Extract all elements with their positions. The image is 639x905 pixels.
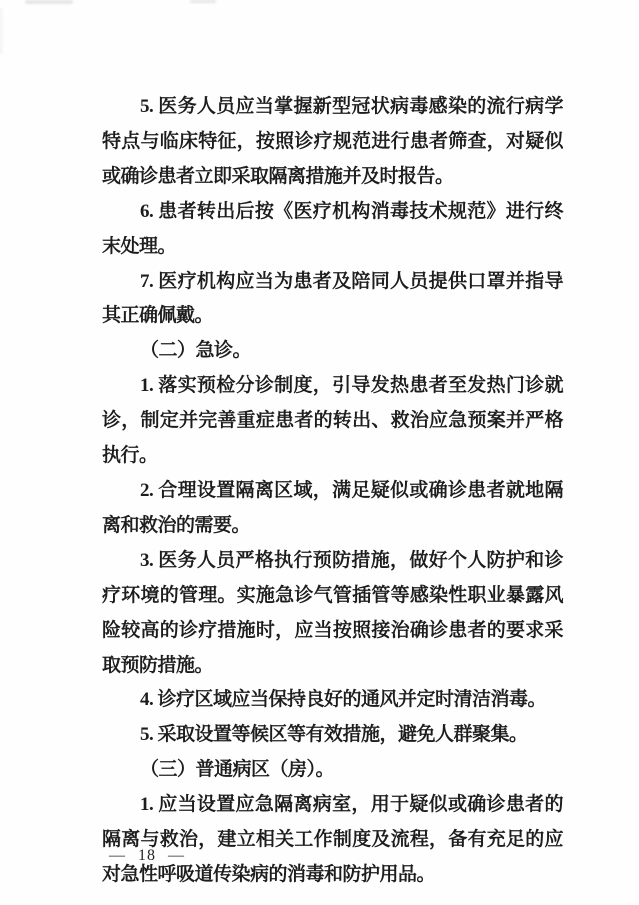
page-number: — 18 — <box>109 847 185 865</box>
paragraph: 1. 落实预检分诊制度，引导发热患者至发热门诊就诊，制定并完善重症患者的转出、救… <box>102 369 563 474</box>
paragraph: 6. 患者转出后按《医疗机构消毒技术规范》进行终末处理。 <box>102 195 563 265</box>
scan-artifact <box>25 0 73 4</box>
paragraph: 5. 医务人员应当掌握新型冠状病毒感染的流行病学特点与临床特征，按照诊疗规范进行… <box>102 90 563 195</box>
section-heading: （二）急诊。 <box>102 334 563 369</box>
body-text: 5. 医务人员应当掌握新型冠状病毒感染的流行病学特点与临床特征，按照诊疗规范进行… <box>102 90 563 893</box>
scanned-document-page: 5. 医务人员应当掌握新型冠状病毒感染的流行病学特点与临床特征，按照诊疗规范进行… <box>0 0 639 905</box>
paragraph: 3. 医务人员严格执行预防措施，做好个人防护和诊疗环境的管理。实施急诊气管插管等… <box>102 544 563 684</box>
paragraph: 1. 应当设置应急隔离病室，用于疑似或确诊患者的隔离与救治，建立相关工作制度及流… <box>102 788 563 893</box>
scan-artifact <box>190 0 216 3</box>
paragraph: 5. 采取设置等候区等有效措施，避免人群聚集。 <box>102 718 563 753</box>
section-heading: （三）普通病区（房）。 <box>102 753 563 788</box>
paragraph: 4. 诊疗区域应当保持良好的通风并定时清洁消毒。 <box>102 683 563 718</box>
paragraph: 2. 合理设置隔离区域，满足疑似或确诊患者就地隔离和救治的需要。 <box>102 474 563 544</box>
paragraph: 7. 医疗机构应当为患者及陪同人员提供口罩并指导其正确佩戴。 <box>102 265 563 335</box>
scan-artifact <box>0 8 2 54</box>
